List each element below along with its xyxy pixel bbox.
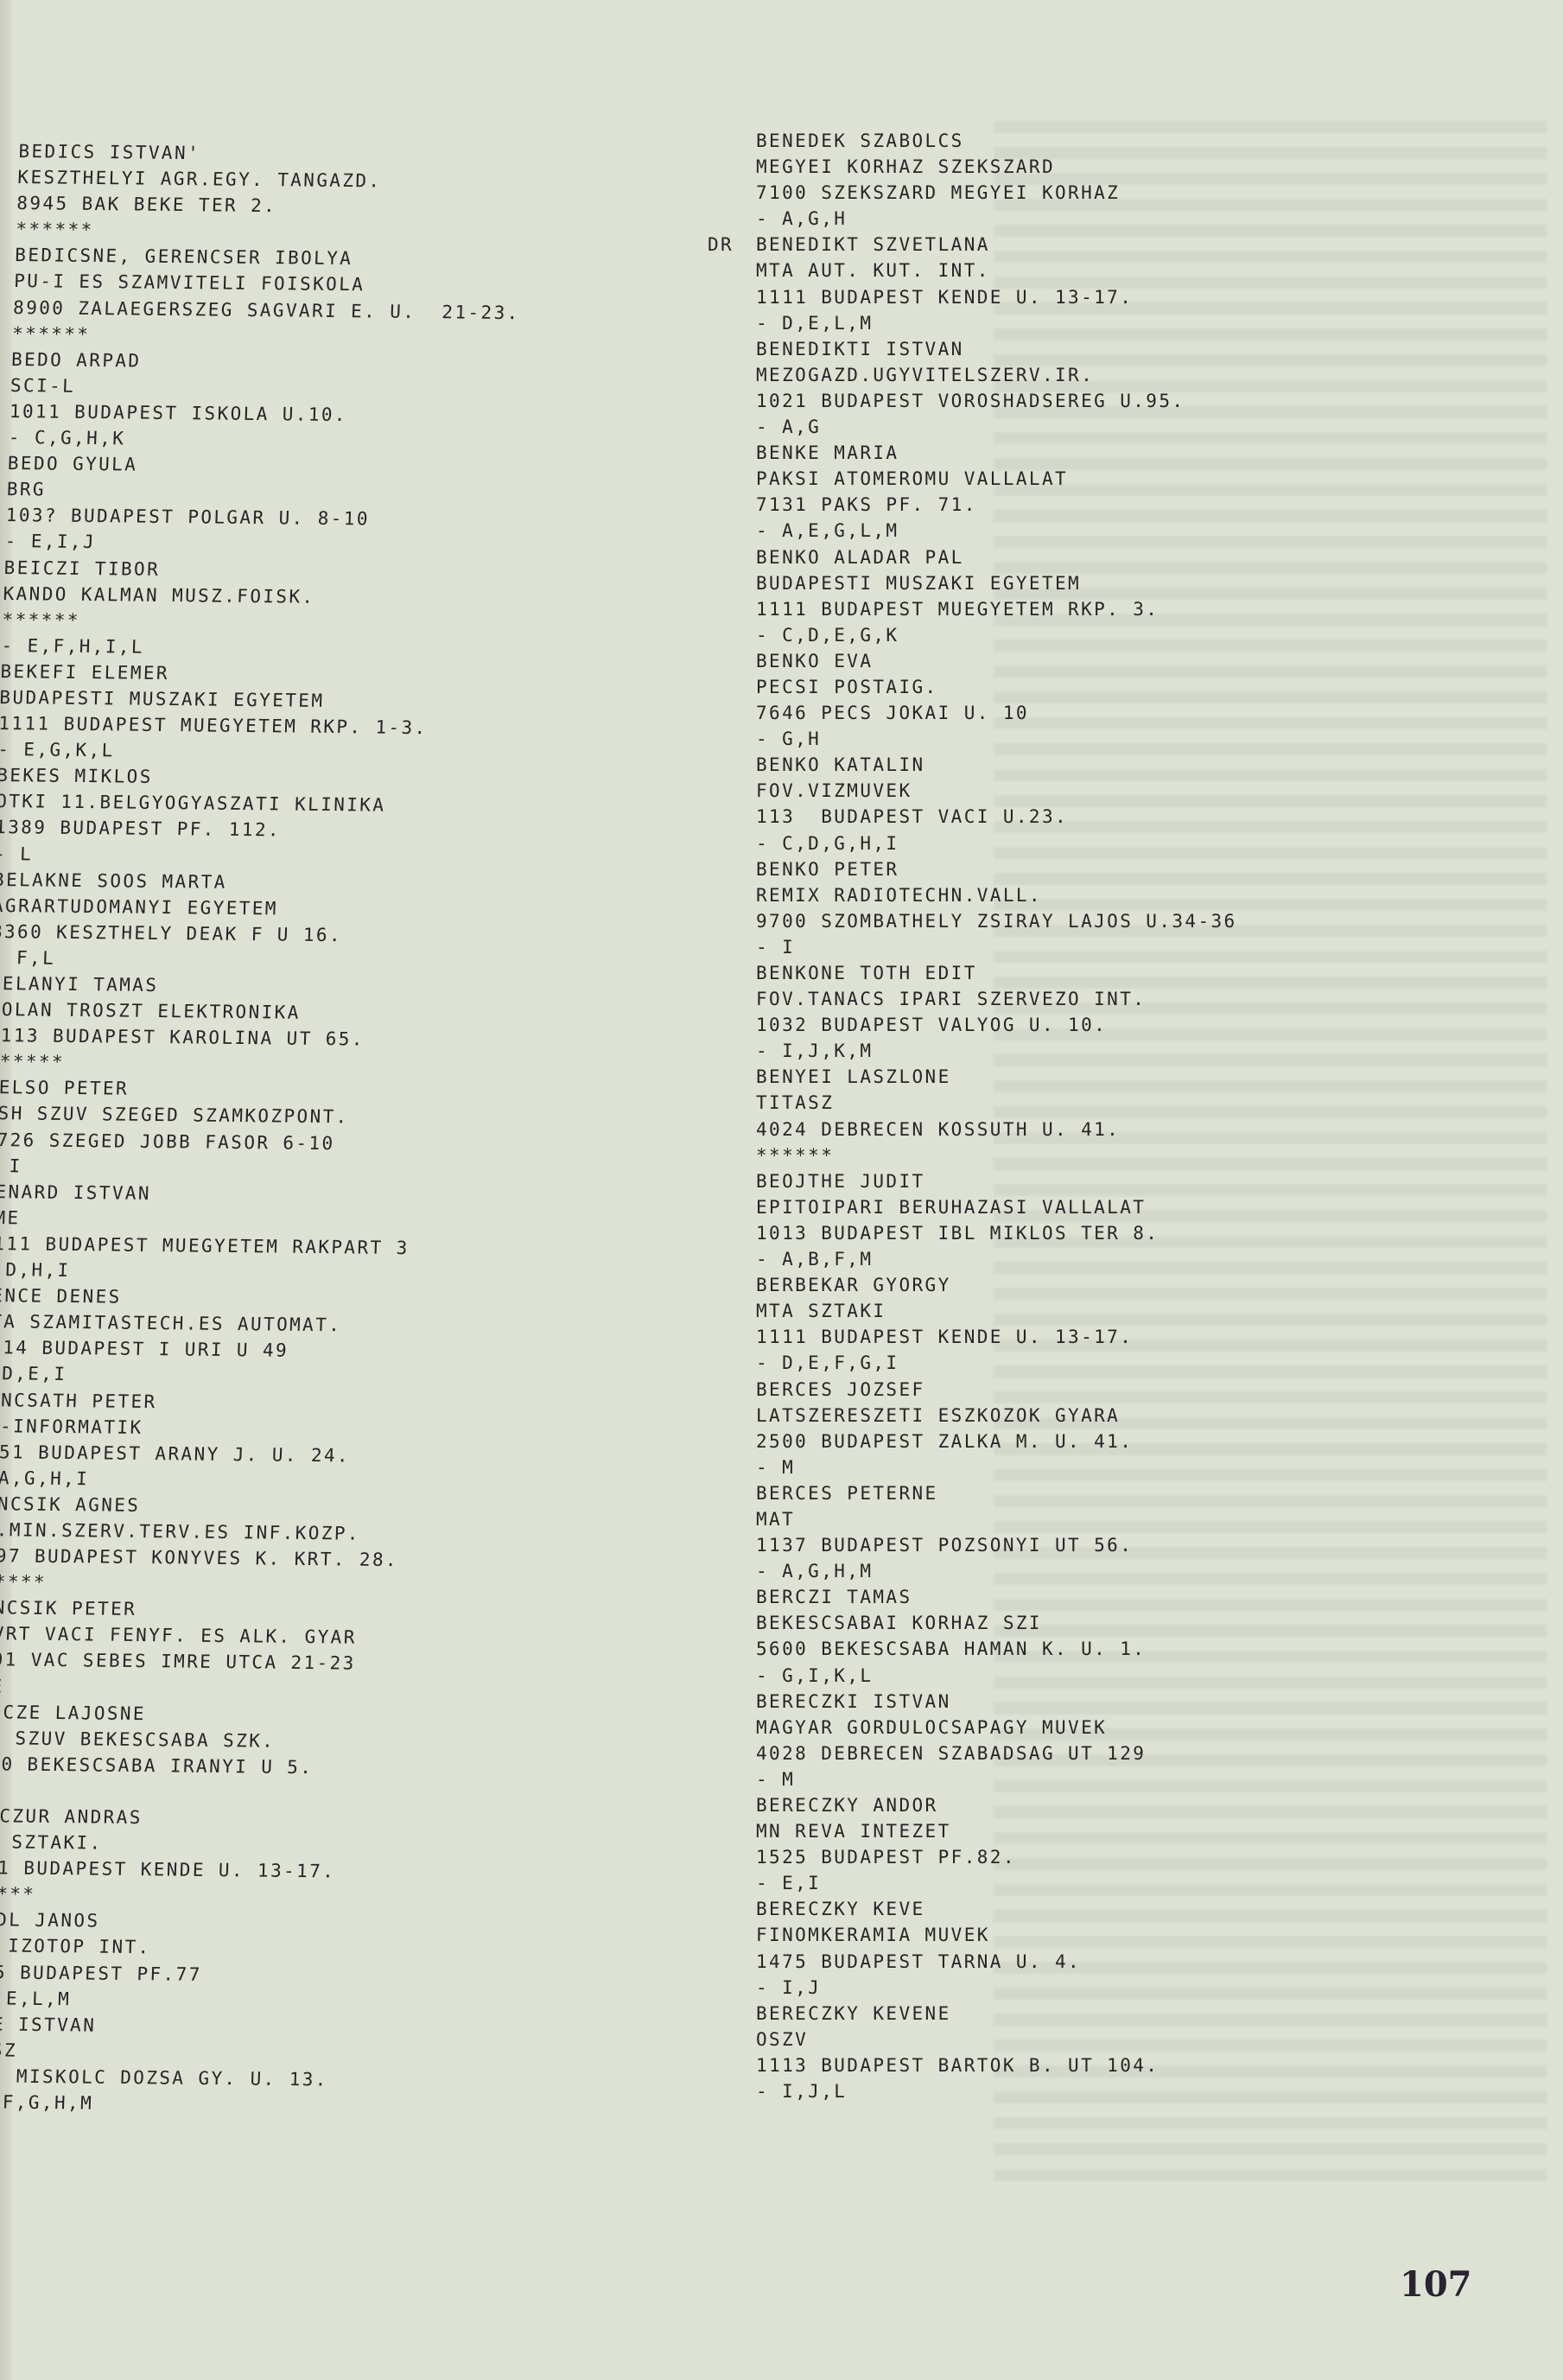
entry-address: 1525 BUDAPEST PF.82. xyxy=(756,1844,1237,1870)
entry-name: BERBEKAR GYORGY xyxy=(756,1272,1237,1298)
entry-codes: - D,E,F,G,I xyxy=(756,1350,1237,1376)
entry-codes: - D,E,L,M xyxy=(756,310,1237,336)
directory-entry: BENEDIKTI ISTVANMEZOGAZD.UGYVITELSZERV.I… xyxy=(756,336,1237,440)
entry-address: 4024 DEBRECEN KOSSUTH U. 41. xyxy=(756,1117,1237,1142)
entry-codes: - I,J,L xyxy=(756,2078,1237,2104)
entry-codes: - C,D,E,G,K xyxy=(756,622,1237,648)
directory-entry: BEICZI TIBORKANDO KALMAN MUSZ.FOISK.****… xyxy=(1,554,511,664)
entry-codes: - G,I,K,L xyxy=(756,1663,1237,1689)
entry-address: 1475 BUDAPEST TARNA U. 4. xyxy=(756,1949,1237,1975)
entry-address: 7646 PECS JOKAI U. 10 xyxy=(756,700,1237,726)
entry-name: BENKO EVA xyxy=(756,648,1237,674)
directory-entry: BERBEKAR GYORGYMTA SZTAKI1111 BUDAPEST K… xyxy=(756,1272,1237,1376)
entry-codes: - I,J xyxy=(756,1975,1237,2001)
entry-org: OSZV xyxy=(756,2027,1237,2052)
entry-codes: - A,G xyxy=(756,414,1237,440)
entry-name: BENKE MARIA xyxy=(756,440,1237,466)
entry-org: FINOMKERAMIA MUVEK xyxy=(756,1922,1237,1948)
entry-title-prefix: DR xyxy=(708,232,734,258)
right-column: BENEDEK SZABOLCSMEGYEI KORHAZ SZEKSZARD7… xyxy=(756,128,1237,2104)
directory-entry: BENCZUR ANDRASMTA SZTAKI.1111 BUDAPEST K… xyxy=(0,1803,467,1912)
entry-org: MAT xyxy=(756,1506,1237,1532)
directory-entry: BERECZKY KEVENEOSZV1113 BUDAPEST BARTOK … xyxy=(756,2001,1237,2104)
directory-entry: BENKO ALADAR PALBUDAPESTI MUSZAKI EGYETE… xyxy=(756,544,1237,648)
entry-name: BENKO ALADAR PAL xyxy=(756,544,1237,570)
directory-entry: BENKO PETERREMIX RADIOTECHN.VALL.9700 SZ… xyxy=(756,856,1237,960)
directory-entry: BENEDIKT SZVETLANADRMTA AUT. KUT. INT.11… xyxy=(756,232,1237,335)
directory-entry: BEKEFI ELEMERBUDAPESTI MUSZAKI EGYETEM11… xyxy=(0,659,507,768)
entry-org: PECSI POSTAIG. xyxy=(756,674,1237,700)
entry-name: BENEDIKT SZVETLANADR xyxy=(756,232,1237,258)
directory-entry: BENCZE LAJOSNEKSH SZUV BEKESCSABA SZK.56… xyxy=(0,1699,471,1809)
directory-entry: BENCE DENESMTA SZAMITASTECH.ES AUTOMAT.1… xyxy=(0,1282,486,1392)
entry-org: LATSZERESZETI ESZKOZOK GYARA xyxy=(756,1403,1237,1429)
entry-org: MEGYEI KORHAZ SZEKSZARD xyxy=(756,154,1237,180)
directory-entry: BENKO EVAPECSI POSTAIG.7646 PECS JOKAI U… xyxy=(756,648,1237,752)
entry-name: BENKO KATALIN xyxy=(756,752,1237,778)
entry-org: FOV.TANACS IPARI SZERVEZO INT. xyxy=(756,986,1237,1012)
directory-entry: BENCSIK AGNESEU.MIN.SZERV.TERV.ES INF.KO… xyxy=(0,1491,479,1600)
directory-entry: BEDICS ISTVAN'KESZTHELYI AGR.EGY. TANGAZ… xyxy=(16,138,526,248)
directory-entry: BENKE MARIAPAKSI ATOMEROMU VALLALAT7131 … xyxy=(756,440,1237,544)
directory-entry: BENEDEK SZABOLCSMEGYEI KORHAZ SZEKSZARD7… xyxy=(756,128,1237,232)
entry-address: 1021 BUDAPEST VOROSHADSEREG U.95. xyxy=(756,388,1237,414)
entry-codes: - I xyxy=(756,934,1237,960)
entry-org: TITASZ xyxy=(756,1090,1237,1116)
entry-org: FOV.VIZMUVEK xyxy=(756,778,1237,804)
entry-address: 1111 BUDAPEST MUEGYETEM RKP. 3. xyxy=(756,596,1237,622)
entry-codes: - E,I xyxy=(756,1870,1237,1896)
entry-name: BERCZI TAMAS xyxy=(756,1584,1237,1610)
directory-entry: BEKES MIKLOSROTKI 11.BELGYOGYASZATI KLIN… xyxy=(0,762,504,872)
entry-org: MEZOGAZD.UGYVITELSZERV.IR. xyxy=(756,362,1237,388)
entry-name: BERCES PETERNE xyxy=(756,1480,1237,1506)
directory-entry: BELAKNE SOOS MARTAAGRARTUDOMANYI EGYETEM… xyxy=(0,867,500,977)
entry-address: 4028 DEBRECEN SZABADSAG UT 129 xyxy=(756,1740,1237,1766)
entry-codes: - M xyxy=(756,1454,1237,1480)
directory-entry: BENCSIK PETEREIVRT VACI FENYF. ES ALK. G… xyxy=(0,1594,475,1704)
entry-address: 9700 SZOMBATHELY ZSIRAY LAJOS U.34-36 xyxy=(756,908,1237,934)
directory-entry: BENKO KATALINFOV.VIZMUVEK113 BUDAPEST VA… xyxy=(756,752,1237,856)
directory-entry: BEOJTHE JUDITEPITOIPARI BERUHAZASI VALLA… xyxy=(756,1168,1237,1272)
entry-name: BENYEI LASZLONE xyxy=(756,1064,1237,1090)
directory-entry: BENCSATH PETERKG-INFORMATIK1051 BUDAPEST… xyxy=(0,1386,482,1496)
directory-entry: BENYEI LASZLONETITASZ4024 DEBRECEN KOSSU… xyxy=(756,1064,1237,1168)
entry-address: 2500 BUDAPEST ZALKA M. U. 41. xyxy=(756,1429,1237,1454)
directory-entry: BELSO PETERKSH SZUV SZEGED SZAMKOZPONT.6… xyxy=(0,1074,493,1184)
entry-name: BENEDEK SZABOLCS xyxy=(756,128,1237,154)
entry-address: 7100 SZEKSZARD MEGYEI KORHAZ xyxy=(756,180,1237,206)
entry-codes: - A,B,F,M xyxy=(756,1246,1237,1272)
directory-entry: BEDO GYULABRG103? BUDAPEST POLGAR U. 8-1… xyxy=(4,450,515,560)
left-column: BEDICS ISTVAN'KESZTHELYI AGR.EGY. TANGAZ… xyxy=(0,138,526,2120)
entry-address: 1013 BUDAPEST IBL MIKLOS TER 8. xyxy=(756,1220,1237,1246)
entry-codes: - C,D,G,H,I xyxy=(756,830,1237,856)
entry-codes: - A,G,H xyxy=(756,206,1237,232)
directory-entry: BERCES JOZSEFLATSZERESZETI ESZKOZOK GYAR… xyxy=(756,1377,1237,1480)
entry-codes: - M xyxy=(756,1766,1237,1792)
entry-name: BERECZKY KEVENE xyxy=(756,2001,1237,2027)
entry-name: BERCES JOZSEF xyxy=(756,1377,1237,1403)
entry-name: BERECZKI ISTVAN xyxy=(756,1689,1237,1715)
entry-address: 7131 PAKS PF. 71. xyxy=(756,492,1237,518)
entry-name: BEOJTHE JUDIT xyxy=(756,1168,1237,1194)
entry-codes: - G,H xyxy=(756,726,1237,752)
directory-entry: BELANYI TAMASVOLAN TROSZT ELEKTRONIKA111… xyxy=(0,970,497,1080)
entry-codes: ****** xyxy=(756,1142,1237,1168)
directory-entry: BEDICSNE, GERENCSER IBOLYAPU-I ES SZAMVI… xyxy=(12,242,523,352)
page-number: 107 xyxy=(1400,2264,1472,2305)
entry-address: 1113 BUDAPEST BARTOK B. UT 104. xyxy=(756,2052,1237,2078)
entry-address: 5600 BEKESCSABA HAMAN K. U. 1. xyxy=(756,1636,1237,1662)
directory-entry: BEDO ARPADSCI-L1011 BUDAPEST ISKOLA U.10… xyxy=(8,347,518,456)
entry-codes: - A,E,G,L,M xyxy=(756,518,1237,544)
directory-entry: BERCES PETERNEMAT1137 BUDAPEST POZSONYI … xyxy=(756,1480,1237,1584)
directory-entry: BERECZKY ANDORMN REVA INTEZET1525 BUDAPE… xyxy=(756,1792,1237,1896)
directory-entry: BERECZKY KEVEFINOMKERAMIA MUVEK1475 BUDA… xyxy=(756,1896,1237,2000)
entry-address: 1111 BUDAPEST KENDE U. 13-17. xyxy=(756,1324,1237,1350)
entry-org: MAGYAR GORDULOCSAPAGY MUVEK xyxy=(756,1715,1237,1740)
entry-name: BERECZKY ANDOR xyxy=(756,1792,1237,1818)
entry-name: BERECZKY KEVE xyxy=(756,1896,1237,1922)
entry-org: BEKESCSABAI KORHAZ SZI xyxy=(756,1610,1237,1636)
entry-address: 113 BUDAPEST VACI U.23. xyxy=(756,804,1237,830)
entry-org: REMIX RADIOTECHN.VALL. xyxy=(756,882,1237,908)
entry-org: MTA AUT. KUT. INT. xyxy=(756,258,1237,283)
directory-entry: BENKONE TOTH EDITFOV.TANACS IPARI SZERVE… xyxy=(756,960,1237,1064)
entry-org: BUDAPESTI MUSZAKI EGYETEM xyxy=(756,570,1237,596)
directory-entry: BENE ISTVANEMASZ3501 MISKOLC DOZSA GY. U… xyxy=(0,2011,461,2121)
entry-address: 1111 BUDAPEST KENDE U. 13-17. xyxy=(756,284,1237,310)
directory-entry: BERCZI TAMASBEKESCSABAI KORHAZ SZI5600 B… xyxy=(756,1584,1237,1688)
entry-org: EPITOIPARI BERUHAZASI VALLALAT xyxy=(756,1194,1237,1220)
entry-org: MN REVA INTEZET xyxy=(756,1818,1237,1844)
entry-org: MTA SZTAKI xyxy=(756,1298,1237,1324)
entry-codes: - I,J,K,M xyxy=(756,1038,1237,1064)
directory-entry: BENDL JANOSMTA IZOTOP INT.1525 BUDAPEST … xyxy=(0,1906,464,2016)
entry-address: 1137 BUDAPEST POZSONYI UT 56. xyxy=(756,1532,1237,1558)
entry-name: BENKO PETER xyxy=(756,856,1237,882)
entry-org: PAKSI ATOMEROMU VALLALAT xyxy=(756,466,1237,492)
entry-address: 1032 BUDAPEST VALYOG U. 10. xyxy=(756,1012,1237,1038)
directory-entry: BERECZKI ISTVANMAGYAR GORDULOCSAPAGY MUV… xyxy=(756,1689,1237,1792)
entry-codes: - A,G,H,M xyxy=(756,1558,1237,1584)
entry-name: BENEDIKTI ISTVAN xyxy=(756,336,1237,362)
entry-name: BENKONE TOTH EDIT xyxy=(756,960,1237,986)
entry-codes: - A,F,G,H,M xyxy=(0,2089,458,2120)
directory-entry: BENARD ISTVANBME1111 BUDAPEST MUEGYETEM … xyxy=(0,1179,489,1289)
